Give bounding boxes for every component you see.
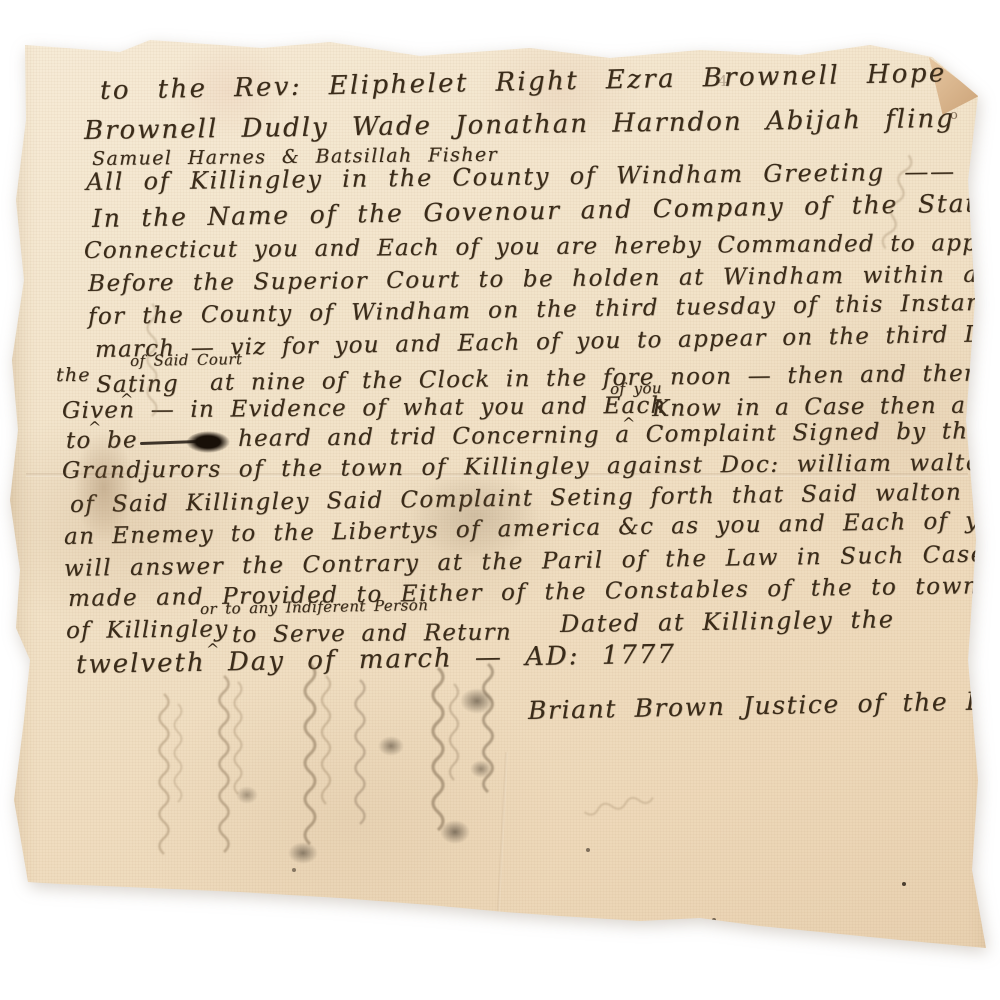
- ink-blot-strikeout: [168, 433, 228, 451]
- speck: [586, 848, 590, 852]
- speck: [712, 918, 716, 922]
- stain: [410, 470, 540, 560]
- manuscript-date-line: twelveth Day of march — AD: 1777: [76, 640, 676, 680]
- signature-justice-of-the-peace: Briant Brown Justice of the Peace: [528, 685, 1000, 725]
- photo-of-document: 4 o to the Rev: Eliphelet Right Ezra Bro…: [0, 0, 1000, 1000]
- manuscript-line-10-rest: at nine of the Clock in the fore noon — …: [210, 360, 1000, 396]
- bleedthrough-marks: [424, 664, 464, 859]
- manuscript-line-01: to the Rev: Eliphelet Right Ezra Brownel…: [100, 58, 947, 106]
- bleedthrough-marks: [212, 672, 246, 877]
- manuscript-line-02: Brownell Dudly Wade Jonathan Harndon Abi…: [84, 104, 955, 146]
- manuscript-line-12-start: to be: [66, 427, 138, 454]
- bleedthrough-marks: [296, 660, 336, 880]
- bleedthrough-marks: [140, 300, 170, 455]
- bleedthrough-marks: [348, 676, 382, 871]
- manuscript-line-18-end: Dated at Killingley the: [560, 605, 895, 638]
- manuscript-line-06: Connecticut you and Each of you are here…: [84, 230, 1000, 264]
- manuscript-line-13: Grandjurors of the town of Killingley ag…: [62, 450, 998, 484]
- margin-note: the: [56, 364, 91, 386]
- bleedthrough-marks: [562, 787, 660, 832]
- interlinear-insert-indiferent-person: or to any Indiferent Person: [200, 596, 428, 618]
- speck: [292, 868, 296, 872]
- manuscript-line-18-start: of Killingley: [66, 616, 229, 644]
- manuscript-line-12-rest: heard and trid Concerning a Complaint Si…: [238, 418, 983, 452]
- bleedthrough-marks: [476, 660, 506, 835]
- manuscript-line-11-rest: Know in a Case then and there: [652, 392, 1000, 422]
- bleedthrough-marks: [152, 690, 186, 875]
- manuscript-paper: 4 o to the Rev: Eliphelet Right Ezra Bro…: [0, 0, 1000, 1000]
- speck: [902, 882, 906, 886]
